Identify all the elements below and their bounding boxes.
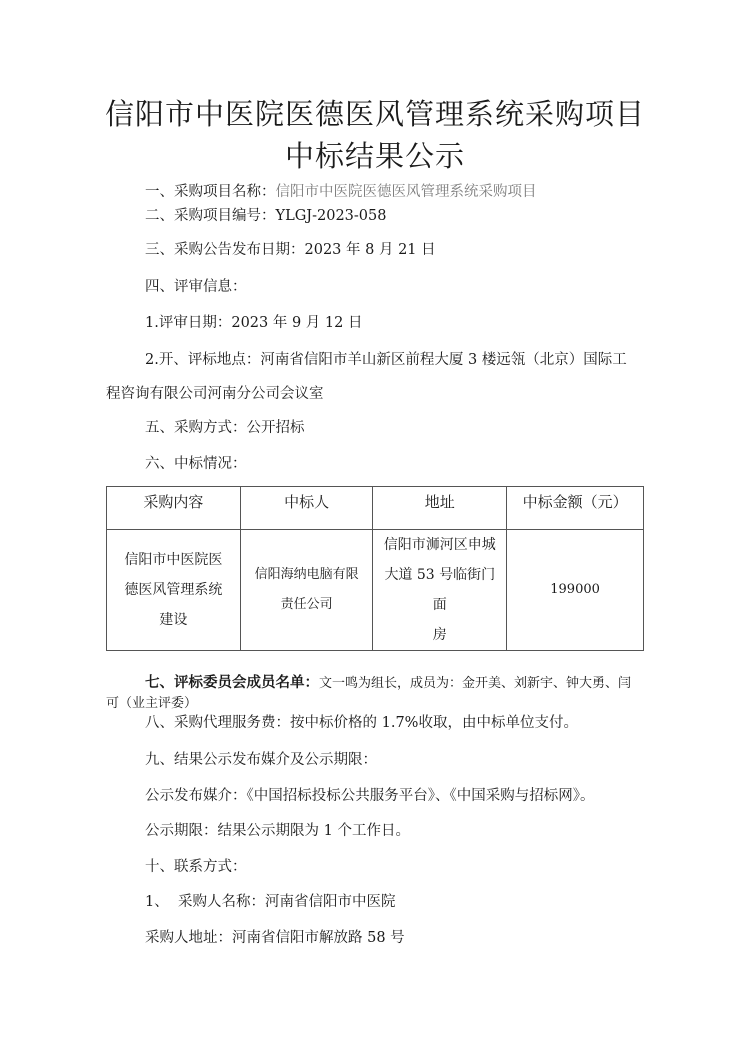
buyer-address-value: 河南省信阳市解放路 58 号 [232, 930, 405, 946]
publication-period-value: 结果公示期限为 1 个工作日。 [218, 823, 410, 839]
announcement-date-label: 三、采购公告发布日期： [145, 242, 305, 258]
project-name-value: 信阳市中医院医德医风管理系统采购项目 [276, 184, 537, 200]
review-date-label: 1.评审日期： [145, 315, 231, 331]
review-date-value: 2023 年 9 月 12 日 [231, 315, 362, 331]
procurement-method-label: 五、采购方式： [145, 420, 247, 436]
address-line: 房 [383, 620, 496, 650]
review-location-label: 2.开、评标地点： [145, 352, 260, 368]
buyer-address: 采购人地址：河南省信阳市解放路 58 号 [145, 928, 405, 948]
document-title-line1: 信阳市中医院医德医风管理系统采购项目 [0, 92, 750, 133]
cell-amount: 199000 [507, 530, 644, 651]
publication-media: 公示发布媒介：《中国招标投标公共服务平台》、《中国采购与招标网》。 [145, 786, 595, 806]
content-line: 建设 [117, 605, 230, 635]
section-project-number: 二、采购项目编号：YLGJ-2023-058 [145, 206, 386, 226]
buyer-address-label: 采购人地址： [145, 930, 232, 946]
review-location-line1: 2.开、评标地点：河南省信阳市羊山新区前程大厦 3 楼远瓴（北京）国际工 [145, 350, 627, 370]
agency-fee-label: 八、采购代理服务费： [145, 715, 290, 731]
publication-media-label: 公示发布媒介： [145, 788, 247, 804]
review-location-value-1: 河南省信阳市羊山新区前程大厦 3 楼远瓴（北京）国际工 [260, 352, 626, 368]
project-number-value: YLGJ-2023-058 [276, 208, 387, 224]
header-address: 地址 [373, 487, 507, 530]
winner-line: 责任公司 [251, 590, 363, 620]
content-line: 德医风管理系统 [117, 575, 230, 605]
section-award-heading: 六、中标情况： [145, 454, 247, 474]
table-header-row: 采购内容 中标人 地址 中标金额（元） [107, 487, 644, 530]
announcement-date-value: 2023 年 8 月 21 日 [305, 242, 436, 258]
publication-media-value: 《中国招标投标公共服务平台》、《中国采购与招标网》。 [247, 788, 595, 804]
project-name-label: 一、采购项目名称： [145, 184, 276, 200]
review-location-line2: 程咨询有限公司河南分公司会议室 [106, 384, 324, 404]
section-committee-line2: 可（业主评委） [106, 694, 197, 714]
section-procurement-method: 五、采购方式：公开招标 [145, 418, 305, 438]
header-winner: 中标人 [240, 487, 373, 530]
section-contact-heading: 十、联系方式： [145, 857, 247, 877]
content-line: 信阳市中医院医 [117, 545, 230, 575]
address-line: 大道 53 号临街门面 [383, 560, 496, 620]
section-announcement-date: 三、采购公告发布日期：2023 年 8 月 21 日 [145, 240, 436, 260]
publication-period: 公示期限：结果公示期限为 1 个工作日。 [145, 821, 410, 841]
publication-period-label: 公示期限： [145, 823, 218, 839]
header-content: 采购内容 [107, 487, 241, 530]
agency-fee-value: 按中标价格的 1.7%收取，由中标单位支付。 [290, 715, 578, 731]
section-agency-fee: 八、采购代理服务费：按中标价格的 1.7%收取，由中标单位支付。 [145, 713, 578, 733]
section-publication-heading: 九、结果公示发布媒介及公示期限： [145, 750, 377, 770]
section-review-info-heading: 四、评审信息： [145, 277, 247, 297]
project-number-label: 二、采购项目编号： [145, 208, 276, 224]
procurement-method-value: 公开招标 [247, 420, 305, 436]
buyer-name-label: 1、 采购人名称： [145, 894, 265, 910]
cell-winner: 信阳海纳电脑有限 责任公司 [240, 530, 373, 651]
committee-label: 七、评标委员会成员名单： [145, 674, 319, 691]
buyer-name-value: 河南省信阳市中医院 [265, 894, 396, 910]
cell-address: 信阳市浉河区申城 大道 53 号临街门面 房 [373, 530, 507, 651]
section-committee-line1: 七、评标委员会成员名单：文一鸣为组长，成员为：金开美、刘新宇、钟大勇、闫 [145, 673, 631, 694]
cell-content: 信阳市中医院医 德医风管理系统 建设 [107, 530, 241, 651]
document-page: 信阳市中医院医德医风管理系统采购项目 中标结果公示 一、采购项目名称：信阳市中医… [0, 0, 750, 1060]
committee-value-1: 文一鸣为组长，成员为：金开美、刘新宇、钟大勇、闫 [319, 676, 631, 691]
winner-line: 信阳海纳电脑有限 [251, 560, 363, 590]
section-project-name: 一、采购项目名称：信阳市中医院医德医风管理系统采购项目 [145, 182, 537, 202]
address-line: 信阳市浉河区申城 [383, 530, 496, 560]
header-amount: 中标金额（元） [507, 487, 644, 530]
award-table: 采购内容 中标人 地址 中标金额（元） 信阳市中医院医 德医风管理系统 建设 信… [106, 486, 644, 651]
buyer-name: 1、 采购人名称：河南省信阳市中医院 [145, 892, 395, 912]
document-title-line2: 中标结果公示 [0, 134, 750, 175]
table-row: 信阳市中医院医 德医风管理系统 建设 信阳海纳电脑有限 责任公司 信阳市浉河区申… [107, 530, 644, 651]
review-date: 1.评审日期：2023 年 9 月 12 日 [145, 313, 362, 333]
